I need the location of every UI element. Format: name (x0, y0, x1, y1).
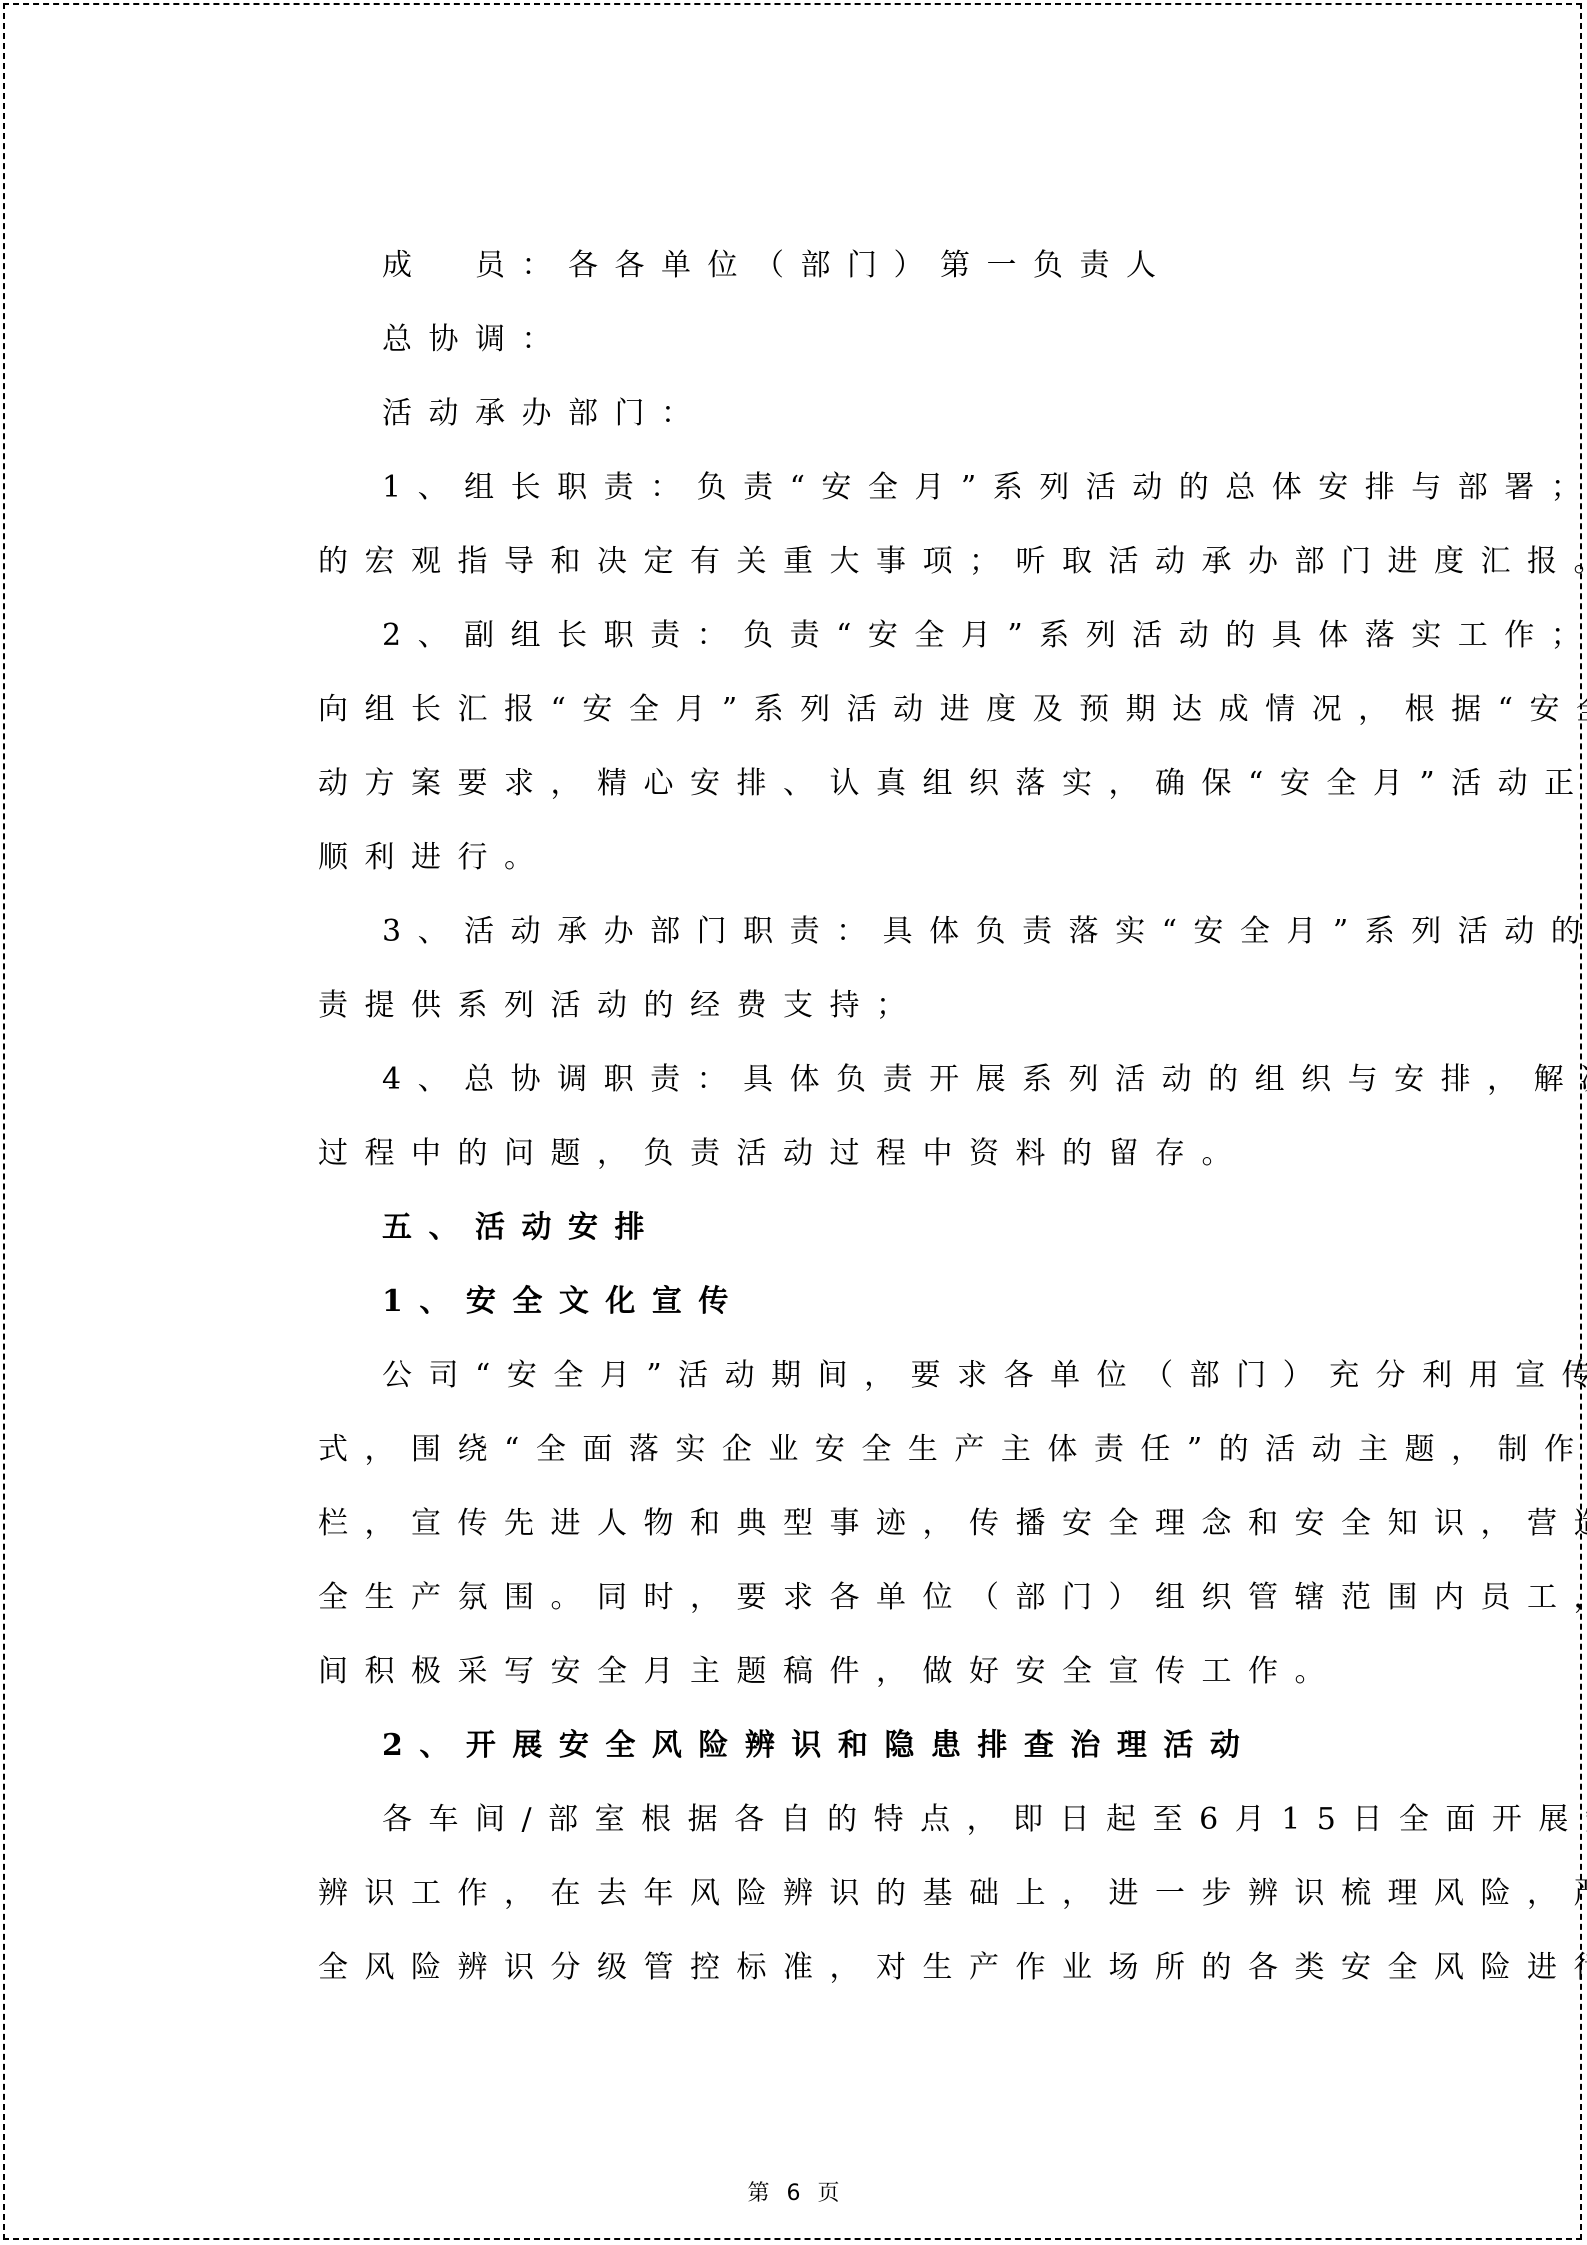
subsection-heading: 1、安全文化宣传 (318, 1265, 1348, 1339)
paragraph-line: 4、总协调职责：具体负责开展系列活动的组织与安排，解决活动开展 (318, 1043, 1348, 1117)
section-heading: 五、活动安排 (318, 1191, 1348, 1265)
paragraph-line: 顺利进行。 (318, 821, 1348, 895)
document-body: 成 员：各各单位（部门）第一负责人 总协调： 活动承办部门： 1、组长职责：负责… (318, 229, 1348, 2005)
paragraph-line: 全生产氛围。同时，要求各单位（部门）组织管辖范围内员工，在活动期 (318, 1561, 1348, 1635)
paragraph-line: 公司“安全月”活动期间，要求各单位（部门）充分利用宣传栏等形 (318, 1339, 1348, 1413)
paragraph-line: 全风险辨识分级管控标准，对生产作业场所的各类安全风险进行有效辨识、 (318, 1931, 1348, 2005)
paragraph-line: 栏，宣传先进人物和典型事迹，传播安全理念和安全知识，营造浓厚的安 (318, 1487, 1348, 1561)
page-number: 第 6 页 (0, 2176, 1587, 2207)
subsection-heading: 2、开展安全风险辨识和隐患排查治理活动 (318, 1709, 1348, 1783)
paragraph-line: 3、活动承办部门职责：具体负责落实“安全月”系列活动的开展，负 (318, 895, 1348, 969)
paragraph-line: 式，围绕“全面落实企业安全生产主体责任”的活动主题，制作专题宣传 (318, 1413, 1348, 1487)
member-line: 成 员：各各单位（部门）第一负责人 (318, 229, 1348, 303)
coordinator-line: 总协调： (318, 303, 1348, 377)
paragraph-line: 各车间/部室根据各自的特点，即日起至6月15日全面开展安全风险 (318, 1783, 1348, 1857)
paragraph-line: 辨识工作，在去年风险辨识的基础上，进一步辨识梳理风险，严格按照安 (318, 1857, 1348, 1931)
paragraph-line: 2、副组长职责：负责“安全月”系列活动的具体落实工作；负责定期 (318, 599, 1348, 673)
paragraph-line: 责提供系列活动的经费支持； (318, 969, 1348, 1043)
paragraph-line: 动方案要求，精心安排、认真组织落实，确保“安全月”活动正常、有序、 (318, 747, 1348, 821)
paragraph-line: 1、组长职责：负责“安全月”系列活动的总体安排与部署；负责活动 (318, 451, 1348, 525)
organizer-dept-line: 活动承办部门： (318, 377, 1348, 451)
paragraph-line: 过程中的问题，负责活动过程中资料的留存。 (318, 1117, 1348, 1191)
paragraph-line: 向组长汇报“安全月”系列活动进度及预期达成情况，根据“安全月”活 (318, 673, 1348, 747)
paragraph-line: 间积极采写安全月主题稿件，做好安全宣传工作。 (318, 1635, 1348, 1709)
paragraph-line: 的宏观指导和决定有关重大事项；听取活动承办部门进度汇报。 (318, 525, 1348, 599)
